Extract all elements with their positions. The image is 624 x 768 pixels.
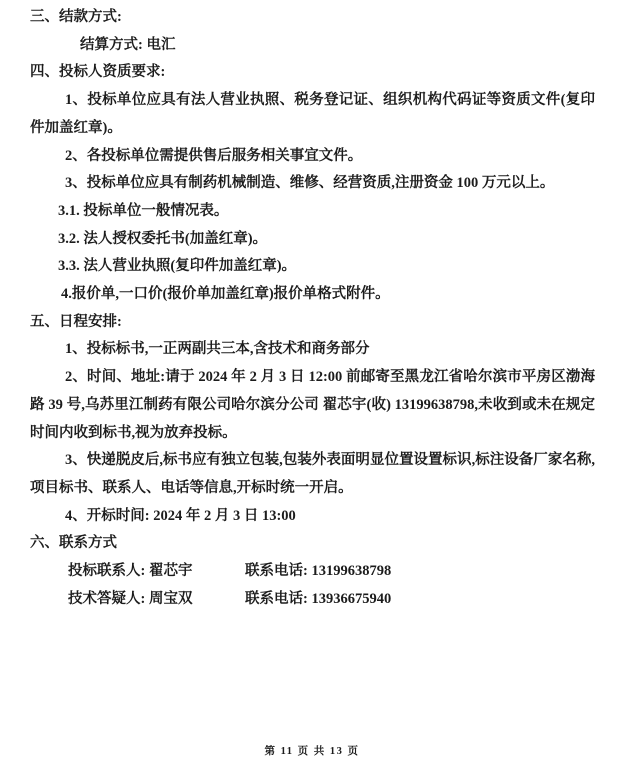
settlement-method-line: 结算方式: 电汇 xyxy=(30,32,595,60)
schedule-item-1: 1、投标标书,一正两副共三本,含技术和商务部分 xyxy=(30,336,595,364)
qualification-item-4: 4.报价单,一口价(报价单加盖红章)报价单格式附件。 xyxy=(30,281,595,309)
technical-contact-name: 技术答疑人: 周宝双 xyxy=(68,586,245,614)
schedule-item-2: 2、时间、地址:请于 2024 年 2 月 3 日 12:00 前邮寄至黑龙江省… xyxy=(30,364,595,447)
schedule-item-3: 3、快递脱皮后,标书应有独立包装,包装外表面明显位置设置标识,标注设备厂家名称,… xyxy=(30,447,595,502)
qualification-item-3-3: 3.3. 法人营业执照(复印件加盖红章)。 xyxy=(30,253,595,281)
schedule-item-4: 4、开标时间: 2024 年 2 月 3 日 13:00 xyxy=(30,503,595,531)
qualification-item-1: 1、投标单位应具有法人营业执照、税务登记证、组织机构代码证等资质文件(复印件加盖… xyxy=(30,87,595,142)
qualification-item-3-2: 3.2. 法人授权委托书(加盖红章)。 xyxy=(30,226,595,254)
bid-contact-name: 投标联系人: 翟芯宇 xyxy=(68,558,245,586)
section-heading-schedule: 五、日程安排: xyxy=(30,309,595,337)
section-heading-payment-terms: 三、结款方式: xyxy=(30,4,595,32)
qualification-item-3-1: 3.1. 投标单位一般情况表。 xyxy=(30,198,595,226)
contact-row-technical: 技术答疑人: 周宝双 联系电话: 13936675940 xyxy=(68,586,595,614)
qualification-item-2: 2、各投标单位需提供售后服务相关事宜文件。 xyxy=(30,143,595,171)
qualification-item-3: 3、投标单位应具有制药机械制造、维修、经营资质,注册资金 100 万元以上。 xyxy=(30,170,595,198)
section-heading-bidder-qualifications: 四、投标人资质要求: xyxy=(30,59,595,87)
technical-contact-phone: 联系电话: 13936675940 xyxy=(245,586,595,614)
page-number-footer: 第 11 页 共 13 页 xyxy=(0,743,624,758)
document-page: 三、结款方式: 结算方式: 电汇 四、投标人资质要求: 1、投标单位应具有法人营… xyxy=(0,0,624,613)
contact-row-bid: 投标联系人: 翟芯宇 联系电话: 13199638798 xyxy=(68,558,595,586)
section-heading-contact: 六、联系方式 xyxy=(30,530,595,558)
bid-contact-phone: 联系电话: 13199638798 xyxy=(245,558,595,586)
